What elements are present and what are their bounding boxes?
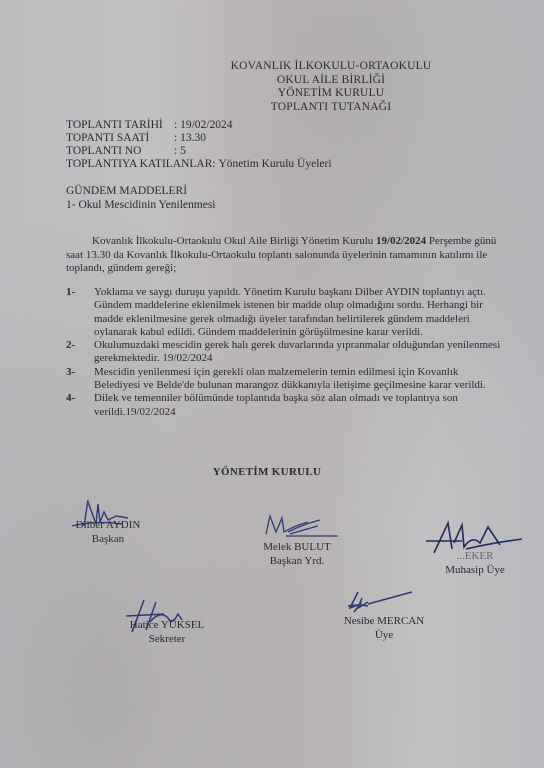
- signatory-vice-president: Melek BULUT Başkan Yrd.: [242, 540, 352, 568]
- signatory-member: Nesibe MERCAN Üye: [334, 614, 434, 642]
- signatory-president: Dilber AYDIN Başkan: [58, 518, 158, 546]
- board-name: YÖNETİM KURULU: [118, 87, 544, 101]
- signatory-treasurer: ...EKER Muhasip Üye: [420, 549, 530, 577]
- signature-mark: [340, 590, 420, 614]
- meta-number: TOPLANTI NO : 5: [66, 145, 332, 158]
- agenda-title: GÜNDEM MADDELERİ: [66, 184, 216, 198]
- decision-item: 2- Okulumuzdaki mescidin gerek halı gere…: [66, 339, 506, 366]
- agenda: GÜNDEM MADDELERİ 1- Okul Mescidinin Yeni…: [66, 184, 216, 212]
- signatory-secretary: Hatice YÜKSEL Sekreter: [112, 618, 222, 646]
- decision-item: 1- Yoklama ve saygı duruşu yapıldı. Yöne…: [66, 286, 506, 339]
- document-header: KOVANLIK İLKOKULU-ORTAOKULU OKUL AİLE Bİ…: [0, 60, 544, 114]
- school-name: KOVANLIK İLKOKULU-ORTAOKULU: [118, 60, 544, 74]
- agenda-item: 1- Okul Mescidinin Yenilenmesi: [66, 198, 216, 212]
- meta-attendees: TOPLANTIYA KATILANLAR: Yönetim Kurulu Üy…: [66, 158, 332, 171]
- decision-item: 4- Dilek ve temenniler bölümünde toplant…: [66, 392, 506, 419]
- intro-paragraph: Kovanlık İlkokulu-Ortaokulu Okul Aile Bi…: [66, 235, 506, 276]
- meta-time: TOPANTI SAATİ : 13.30: [66, 132, 332, 145]
- board-signatures-title: YÖNETİM KURULU: [0, 466, 544, 478]
- decisions-list: 1- Yoklama ve saygı duruşu yapıldı. Yöne…: [66, 286, 506, 419]
- decision-item: 3- Mescidin yenilenmesi için gerekli ola…: [66, 366, 506, 393]
- document-title: TOPLANTI TUTANAĞI: [118, 101, 544, 115]
- document-page: KOVANLIK İLKOKULU-ORTAOKULU OKUL AİLE Bİ…: [0, 0, 544, 768]
- signature-mark: [252, 512, 342, 538]
- meta-date: TOPLANTI TARİHİ : 19/02/2024: [66, 119, 332, 132]
- meeting-meta: TOPLANTI TARİHİ : 19/02/2024 TOPANTI SAA…: [66, 119, 332, 171]
- association-name: OKUL AİLE BİRLİĞİ: [118, 74, 544, 88]
- meeting-date-bold: 19/02/2024: [376, 235, 426, 247]
